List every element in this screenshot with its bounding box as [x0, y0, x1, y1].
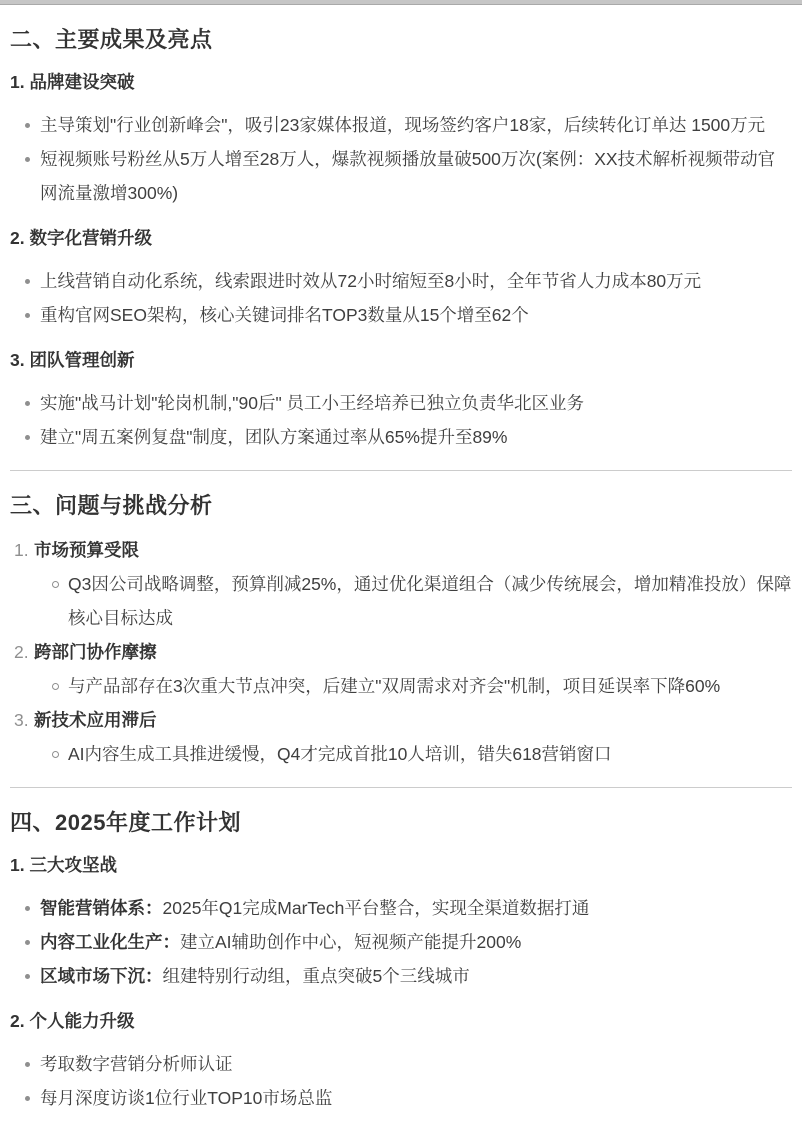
bullet-text: 上线营销自动化系统，线索跟进时效从72小时缩短至8小时，全年节省人力成本80万元	[40, 271, 701, 291]
bullet-dot-icon	[25, 435, 30, 440]
bullet-lead: 区域市场下沉：	[40, 966, 163, 986]
bullet-text: 2025年Q1完成MarTech平台整合，实现全渠道数据打通	[163, 898, 590, 918]
bullet-text: 考取数字营销分析师认证	[40, 1054, 233, 1074]
bullet-text: 主导策划"行业创新峰会"，吸引23家媒体报道，现场签约客户18家，后续转化订单达…	[40, 115, 765, 135]
group-heading: 2. 个人能力升级	[10, 1009, 792, 1033]
numbered-item: 1.市场预算受限Q3因公司战略调整，预算削减25%，通过优化渠道组合（减少传统展…	[14, 533, 792, 635]
bullet-text: 建立AI辅助创作中心，短视频产能提升200%	[180, 932, 521, 952]
group-heading: 2. 数字化营销升级	[10, 226, 792, 250]
bullet-dot-icon	[25, 906, 30, 911]
numbered-item-header: 3.新技术应用滞后	[14, 703, 792, 737]
bullet-dot-icon	[25, 1062, 30, 1067]
bullet-lead: 智能营销体系：	[40, 898, 163, 918]
item-number: 2.	[14, 635, 34, 669]
item-label: 新技术应用滞后	[34, 703, 157, 737]
sub-bullet-text: 与产品部存在3次重大节点冲突，后建立"双周需求对齐会"机制，项目延误率下降60%	[68, 676, 720, 696]
section-divider	[10, 787, 792, 788]
bullet-item: 建立"周五案例复盘"制度，团队方案通过率从65%提升至89%	[25, 420, 792, 454]
bullet-text: 重构官网SEO架构，核心关键词排名TOP3数量从15个增至62个	[40, 305, 529, 325]
bullet-dot-icon	[25, 123, 30, 128]
bullet-list: 上线营销自动化系统，线索跟进时效从72小时缩短至8小时，全年节省人力成本80万元…	[10, 264, 792, 332]
sub-bullet: Q3因公司战略调整，预算削减25%，通过优化渠道组合（减少传统展会，增加精准投放…	[14, 567, 792, 635]
circle-bullet-icon	[52, 683, 59, 690]
bullet-dot-icon	[25, 401, 30, 406]
numbered-list: 1.市场预算受限Q3因公司战略调整，预算削减25%，通过优化渠道组合（减少传统展…	[10, 533, 792, 771]
bullet-dot-icon	[25, 313, 30, 318]
bullet-item: 重构官网SEO架构，核心关键词排名TOP3数量从15个增至62个	[25, 298, 792, 332]
bullet-list: 主导策划"行业创新峰会"，吸引23家媒体报道，现场签约客户18家，后续转化订单达…	[10, 108, 792, 210]
bullet-dot-icon	[25, 157, 30, 162]
section-title: 四、2025年度工作计划	[10, 808, 792, 838]
bullet-text: 组建特别行动组，重点突破5个三线城市	[163, 966, 470, 986]
bullet-item: 主导策划"行业创新峰会"，吸引23家媒体报道，现场签约客户18家，后续转化订单达…	[25, 108, 792, 142]
bullet-item: 实施"战马计划"轮岗机制,"90后" 员工小王经培养已独立负责华北区业务	[25, 386, 792, 420]
numbered-item: 2.跨部门协作摩擦与产品部存在3次重大节点冲突，后建立"双周需求对齐会"机制，项…	[14, 635, 792, 703]
bullet-text: 建立"周五案例复盘"制度，团队方案通过率从65%提升至89%	[40, 427, 507, 447]
bullet-dot-icon	[25, 974, 30, 979]
section-divider	[10, 470, 792, 471]
bullet-item: 内容工业化生产：建立AI辅助创作中心，短视频产能提升200%	[25, 925, 792, 959]
item-label: 跨部门协作摩擦	[34, 635, 157, 669]
bullet-dot-icon	[25, 1096, 30, 1101]
bullet-text: 短视频账号粉丝从5万人增至28万人，爆款视频播放量破500万次(案例：XX技术解…	[40, 149, 775, 203]
bullet-list: 实施"战马计划"轮岗机制,"90后" 员工小王经培养已独立负责华北区业务建立"周…	[10, 386, 792, 454]
numbered-item: 3.新技术应用滞后AI内容生成工具推进缓慢，Q4才完成首批10人培训，错失618…	[14, 703, 792, 771]
sub-bullet: AI内容生成工具推进缓慢，Q4才完成首批10人培训，错失618营销窗口	[14, 737, 792, 771]
section-title: 二、主要成果及亮点	[10, 25, 792, 55]
circle-bullet-icon	[52, 751, 59, 758]
bullet-text: 实施"战马计划"轮岗机制,"90后" 员工小王经培养已独立负责华北区业务	[40, 393, 584, 413]
item-label: 市场预算受限	[34, 533, 139, 567]
bullet-item: 考取数字营销分析师认证	[25, 1047, 792, 1081]
bullet-item: 短视频账号粉丝从5万人增至28万人，爆款视频播放量破500万次(案例：XX技术解…	[25, 142, 792, 210]
bullet-text: 每月深度访谈1位行业TOP10市场总监	[40, 1088, 332, 1108]
bullet-item: 智能营销体系：2025年Q1完成MarTech平台整合，实现全渠道数据打通	[25, 891, 792, 925]
document-body: 二、主要成果及亮点1. 品牌建设突破主导策划"行业创新峰会"，吸引23家媒体报道…	[0, 25, 802, 1129]
bullet-lead: 内容工业化生产：	[40, 932, 180, 952]
numbered-item-header: 1.市场预算受限	[14, 533, 792, 567]
sub-bullet-text: Q3因公司战略调整，预算削减25%，通过优化渠道组合（减少传统展会，增加精准投放…	[68, 574, 791, 628]
group-heading: 1. 三大攻坚战	[10, 853, 792, 877]
circle-bullet-icon	[52, 581, 59, 588]
bullet-dot-icon	[25, 279, 30, 284]
numbered-item-header: 2.跨部门协作摩擦	[14, 635, 792, 669]
bullet-item: 上线营销自动化系统，线索跟进时效从72小时缩短至8小时，全年节省人力成本80万元	[25, 264, 792, 298]
bullet-dot-icon	[25, 940, 30, 945]
bullet-item: 区域市场下沉：组建特别行动组，重点突破5个三线城市	[25, 959, 792, 993]
sub-bullet-text: AI内容生成工具推进缓慢，Q4才完成首批10人培训，错失618营销窗口	[68, 744, 612, 764]
sub-bullet: 与产品部存在3次重大节点冲突，后建立"双周需求对齐会"机制，项目延误率下降60%	[14, 669, 792, 703]
item-number: 3.	[14, 703, 34, 737]
top-divider-bar	[0, 0, 802, 5]
bullet-list: 考取数字营销分析师认证每月深度访谈1位行业TOP10市场总监	[10, 1047, 792, 1115]
section-title: 三、问题与挑战分析	[10, 491, 792, 521]
bullet-list: 智能营销体系：2025年Q1完成MarTech平台整合，实现全渠道数据打通内容工…	[10, 891, 792, 993]
group-heading: 1. 品牌建设突破	[10, 70, 792, 94]
item-number: 1.	[14, 533, 34, 567]
group-heading: 3. 团队管理创新	[10, 348, 792, 372]
